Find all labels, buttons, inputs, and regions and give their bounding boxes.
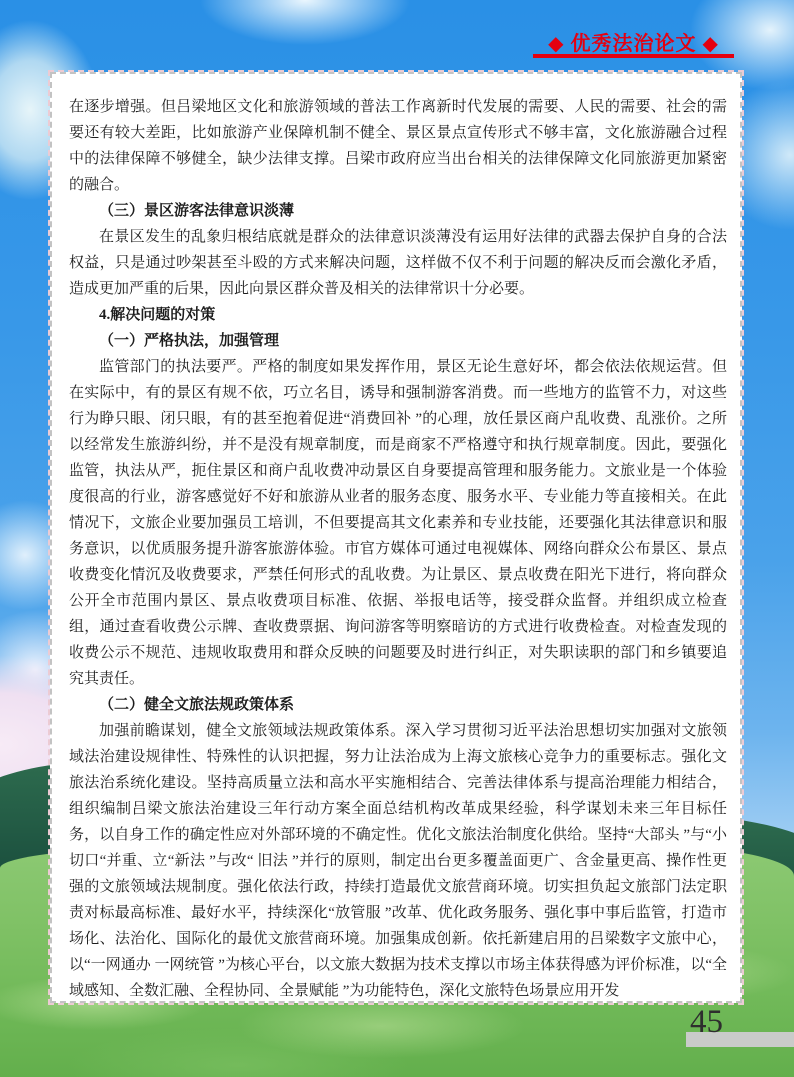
paragraph-subsection-3: 在景区发生的乱象归根结底就是群众的法律意识淡薄没有运用好法律的武器去保护自身的合… xyxy=(69,224,727,302)
header-badge: ◆ 优秀法治论文 ◆ xyxy=(533,27,734,56)
header-underline xyxy=(533,54,734,58)
heading-solution-1: （一）严格执法，加强管理 xyxy=(69,328,727,354)
heading-subsection-3: （三）景区游客法律意识淡薄 xyxy=(69,198,727,224)
paragraph-intro-continued: 在逐步增强。但吕梁地区文化和旅游领域的普法工作离新时代发展的需要、人民的需要、社… xyxy=(69,94,727,198)
paper-sheet: 在逐步增强。但吕梁地区文化和旅游领域的普法工作离新时代发展的需要、人民的需要、社… xyxy=(50,72,742,1003)
heading-solutions: 4.解决问题的对策 xyxy=(69,302,727,328)
heading-solution-2: （二）健全文旅法规政策体系 xyxy=(69,692,727,718)
page-number: 45 xyxy=(690,1006,723,1039)
paragraph-solution-2: 加强前瞻谋划，健全文旅领域法规政策体系。深入学习贯彻习近平法治思想切实加强对文旅… xyxy=(69,718,727,1004)
page-background: ◆ 优秀法治论文 ◆ 在逐步增强。但吕梁地区文化和旅游领域的普法工作离新时代发展… xyxy=(0,0,794,1077)
paragraph-solution-1: 监管部门的执法要严。严格的制度如果发挥作用，景区无论生意好坏，都会依法依规运营。… xyxy=(69,354,727,692)
